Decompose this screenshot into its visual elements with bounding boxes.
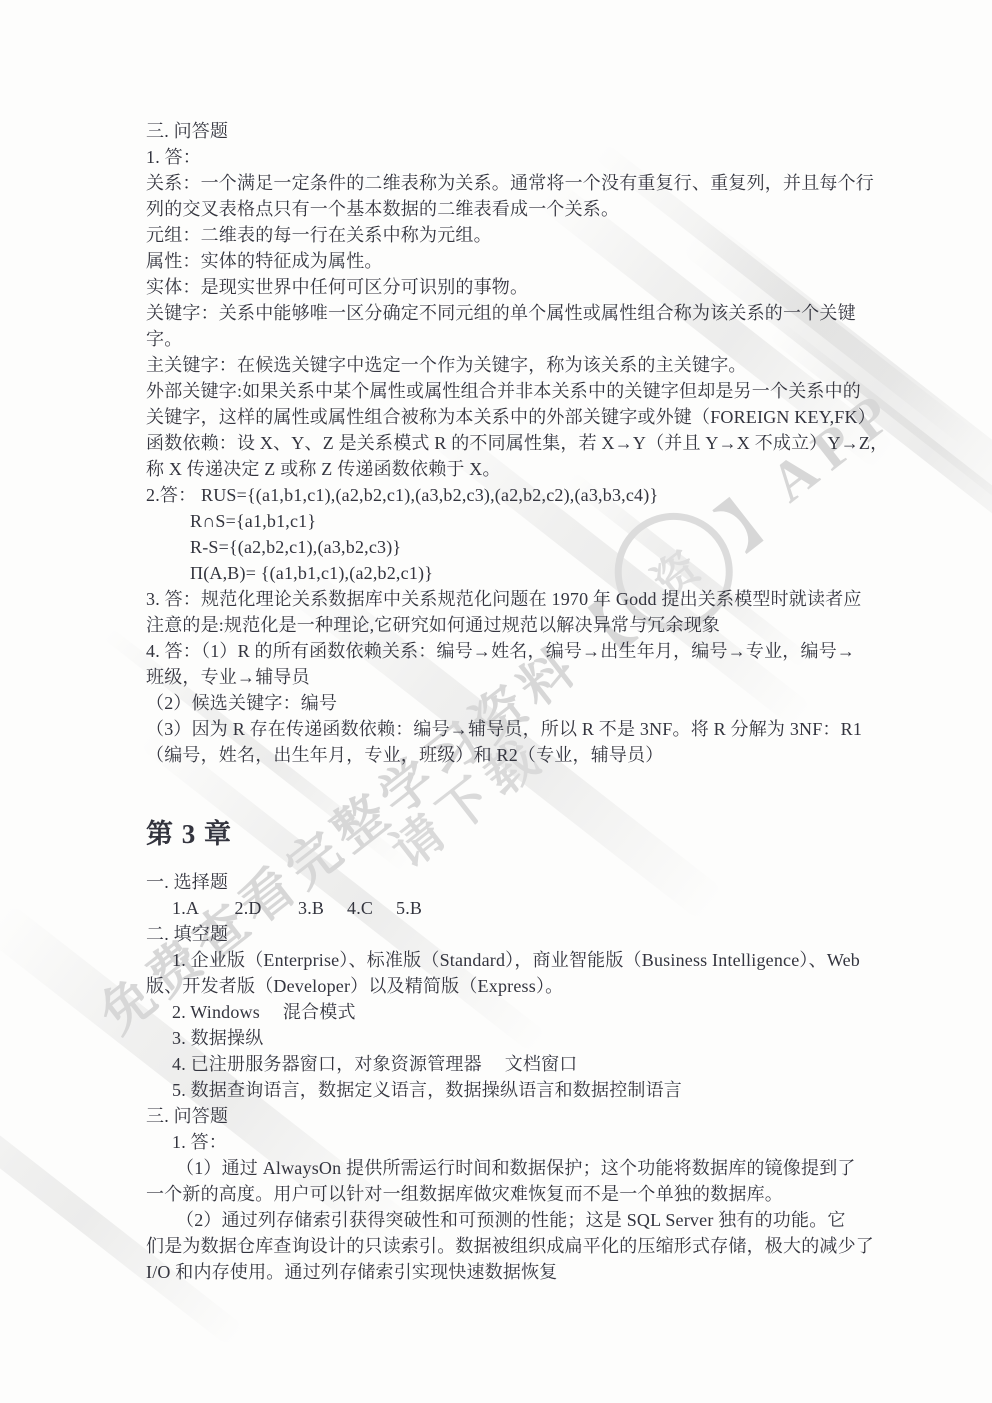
text-line: 关系：一个满足一定条件的二维表称为关系。通常将一个没有重复行、重复列，并且每个行 [146,170,856,196]
text-line: （2）候选关键字：编号 [146,690,856,716]
text-line: Π(A,B)= {(a1,b1,c1),(a2,b2,c1)} [146,560,856,586]
text-line: 一. 选择题 [146,869,856,895]
text-line: 属性：实体的特征成为属性。 [146,248,856,274]
chapter3-heading: 第 3 章 [146,816,856,852]
text-line: 4. 已注册服务器窗口，对象资源管理器 文档窗口 [146,1051,856,1077]
scanned-document-page: 免费查看完整学习资料【资】APP 请下载 三. 问答题1. 答：关系：一个满足一… [0,0,992,1403]
text-line: 4. 答：（1）R 的所有函数依赖关系：编号→姓名，编号→出生年月，编号→专业，… [146,638,856,664]
text-line: 版、开发者版（Developer）以及精简版（Express）。 [146,973,856,999]
text-line: 二. 填空题 [146,921,856,947]
text-line: 元组：二维表的每一行在关系中称为元组。 [146,222,856,248]
text-line: 三. 问答题 [146,1103,856,1129]
text-line: 称 X 传递决定 Z 或称 Z 传递函数依赖于 X。 [146,456,856,482]
text-line: 外部关键字:如果关系中某个属性或属性组合并非本关系中的关键字但却是另一个关系中的 [146,378,856,404]
text-line: 1. 答： [146,1129,856,1155]
text-line: 3. 数据操纵 [146,1025,856,1051]
answers-section-chapter3: 一. 选择题1.A 2.D 3.B 4.C 5.B二. 填空题1. 企业版（En… [146,869,856,1285]
text-line: 1. 企业版（Enterprise）、标准版（Standard），商业智能版（B… [146,947,856,973]
text-line: （编号，姓名，出生年月，专业，班级）和 R2（专业，辅导员） [146,742,856,768]
text-line: R∩S={a1,b1,c1} [146,508,856,534]
document-content: 三. 问答题1. 答：关系：一个满足一定条件的二维表称为关系。通常将一个没有重复… [146,118,856,1285]
text-line: （1）通过 AlwaysOn 提供所需运行时间和数据保护；这个功能将数据库的镜像… [146,1155,856,1181]
text-line: I/O 和内存使用。通过列存储索引实现快速数据恢复 [146,1259,856,1285]
text-line: 1. 答： [146,144,856,170]
text-line: 函数依赖：设 X、Y、Z 是关系模式 R 的不同属性集，若 X→Y（并且 Y→X… [146,430,856,456]
text-line: 5. 数据查询语言，数据定义语言，数据操纵语言和数据控制语言 [146,1077,856,1103]
text-line: 字。 [146,326,856,352]
text-line: 们是为数据仓库查询设计的只读索引。数据被组织成扁平化的压缩形式存储，极大的减少了 [146,1233,856,1259]
text-line: （2）通过列存储索引获得突破性和可预测的性能；这是 SQL Server 独有的… [146,1207,856,1233]
text-line: 2.答： RUS={(a1,b1,c1),(a2,b2,c1),(a3,b2,c… [146,482,856,508]
text-line: 列的交叉表格点只有一个基本数据的二维表看成一个关系。 [146,196,856,222]
text-line: 关键字，这样的属性或属性组合被称为本关系中的外部关键字或外键（FOREIGN K… [146,404,856,430]
text-line: R-S={(a2,b2,c1),(a3,b2,c3)} [146,534,856,560]
text-line: 2. Windows 混合模式 [146,999,856,1025]
text-line: 1.A 2.D 3.B 4.C 5.B [146,895,856,921]
text-line: 主关键字：在候选关键字中选定一个作为关键字，称为该关系的主关键字。 [146,352,856,378]
text-line: 三. 问答题 [146,118,856,144]
text-line: 3. 答：规范化理论关系数据库中关系规范化问题在 1970 年 Godd 提出关… [146,586,856,612]
text-line: 关键字：关系中能够唯一区分确定不同元组的单个属性或属性组合称为该关系的一个关键 [146,300,856,326]
text-line: 实体：是现实世界中任何可区分可识别的事物。 [146,274,856,300]
answers-section-chapter2: 三. 问答题1. 答：关系：一个满足一定条件的二维表称为关系。通常将一个没有重复… [146,118,856,768]
text-line: 一个新的高度。用户可以针对一组数据库做灾难恢复而不是一个单独的数据库。 [146,1181,856,1207]
text-line: （3）因为 R 存在传递函数依赖：编号→辅导员，所以 R 不是 3NF。将 R … [146,716,856,742]
text-line: 注意的是:规范化是一种理论,它研究如何通过规范以解决异常与冗余现象 [146,612,856,638]
text-line: 班级，专业→辅导员 [146,664,856,690]
